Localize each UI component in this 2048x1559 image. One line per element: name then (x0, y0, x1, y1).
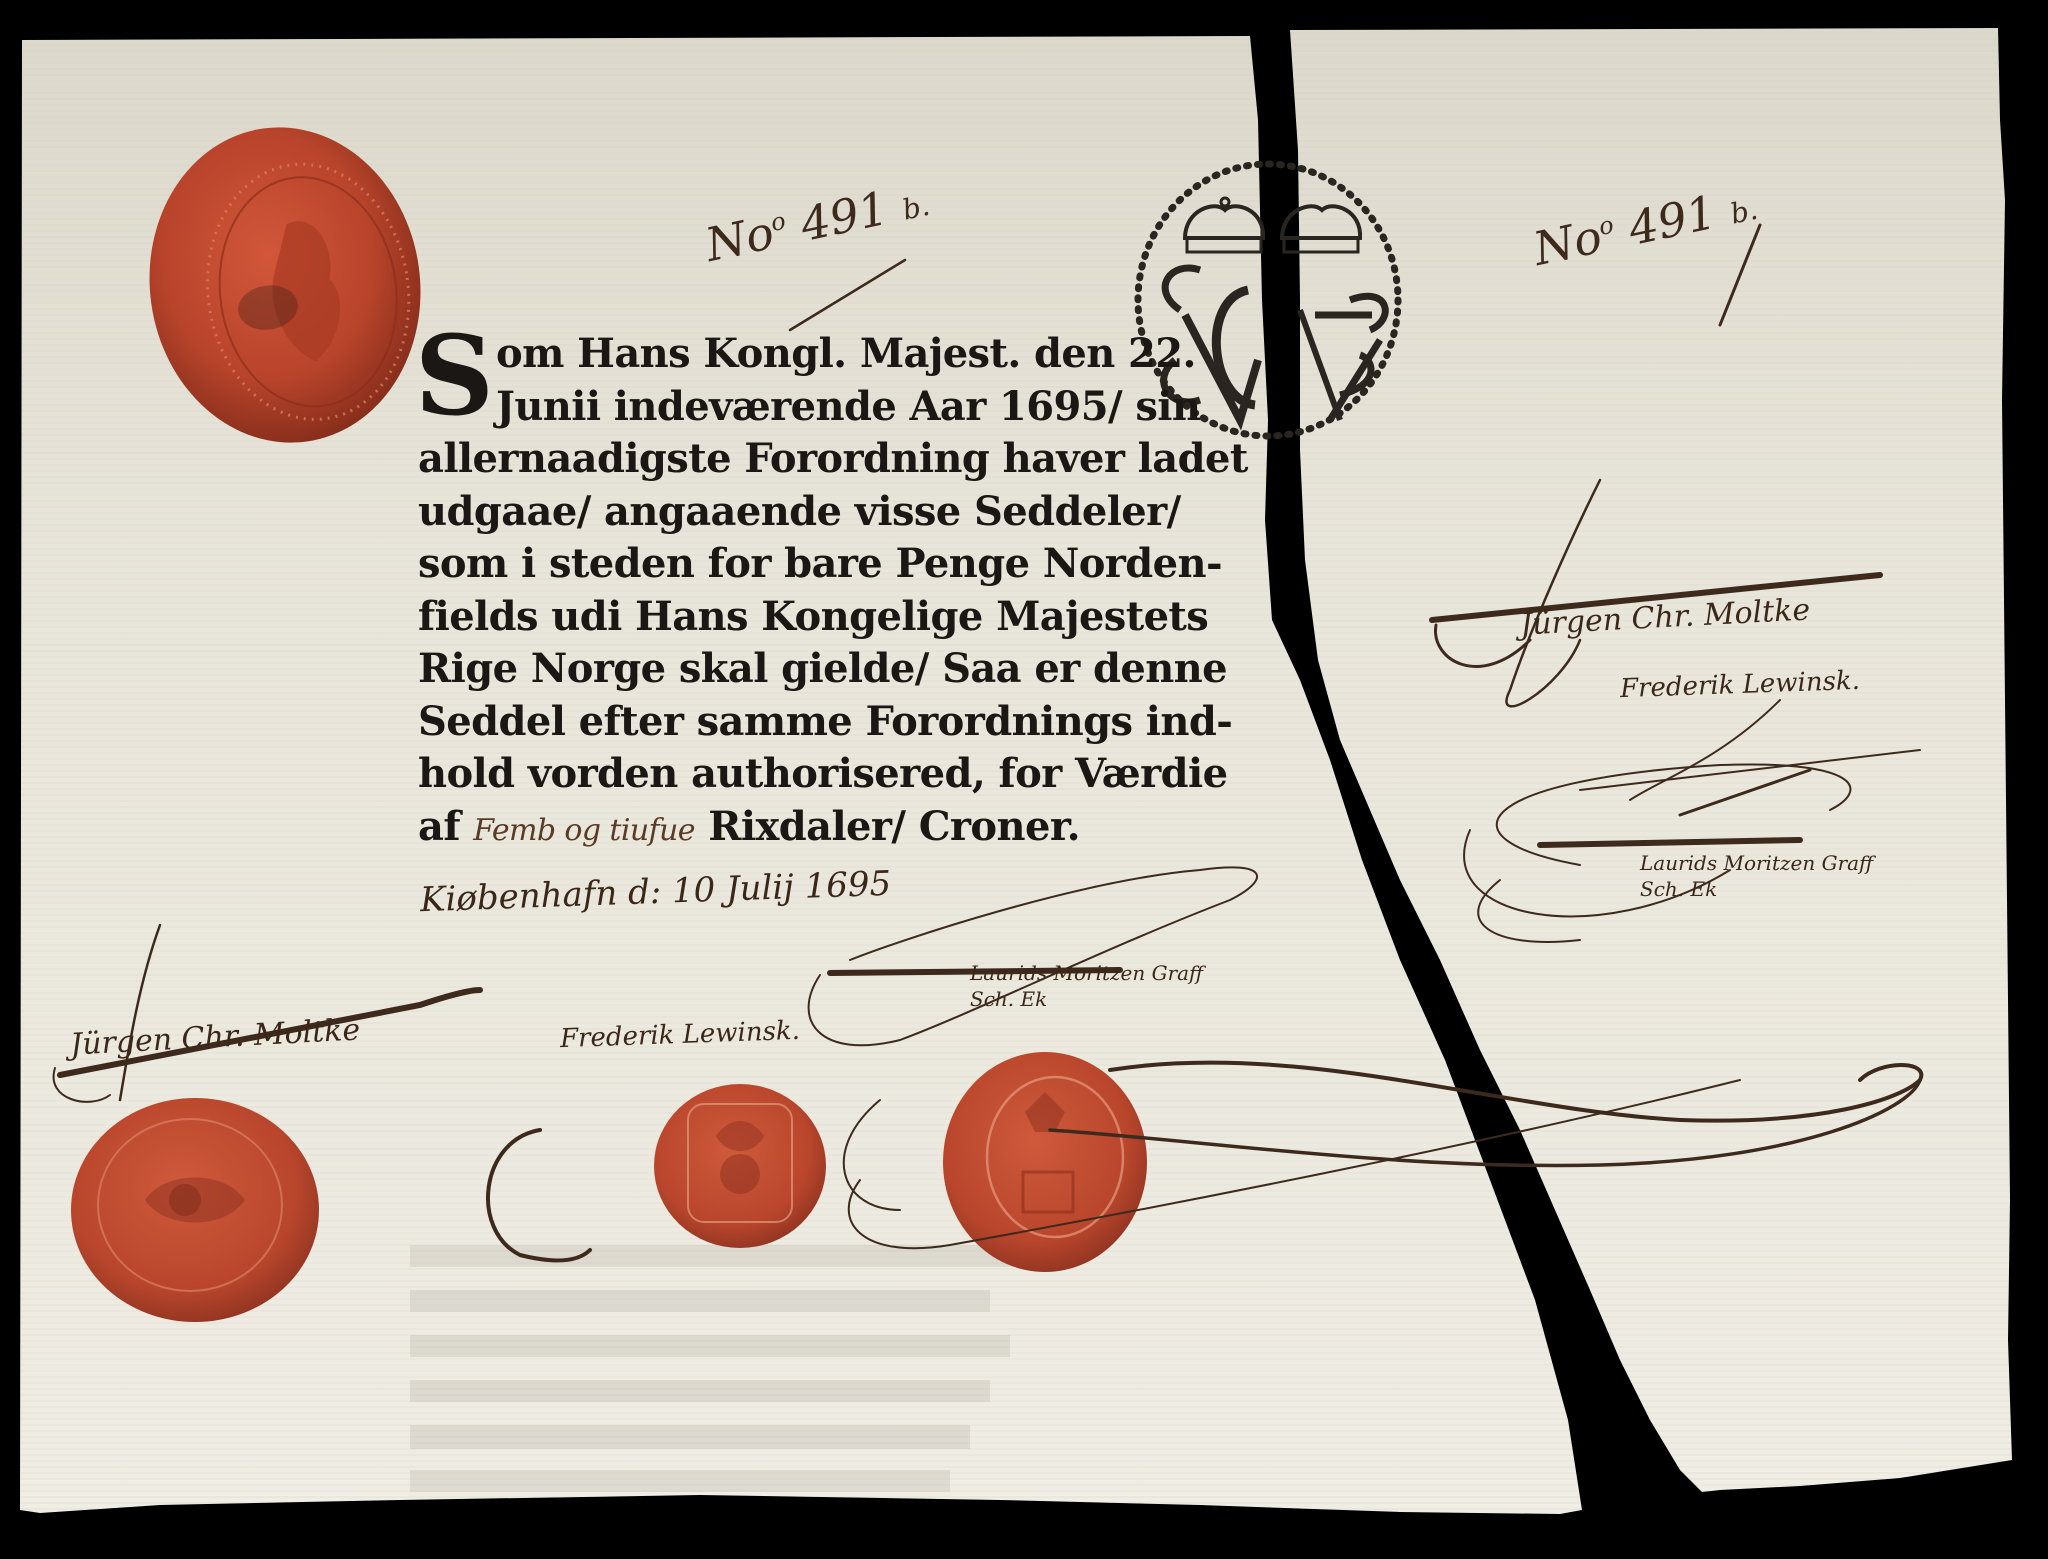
seal-bottom-left-label: Armorial wax seal (195, 1210, 196, 1211)
document-photo: Noo 491 b. Noo 491 b. S om Hans Kongl. M… (0, 0, 2048, 1559)
printed-authorisation-text: S om Hans Kongl. Majest. den 22. Junii i… (418, 328, 1148, 853)
printed-line: Junii indeværende Aar 1695/ sin (418, 381, 1148, 434)
signature-right-3: Laurids Moritzen Graff Sch. Ek (1640, 850, 1880, 902)
seal-top-left-label: Royal portrait wax seal (285, 285, 286, 286)
seal-bottom-right-label: Large armorial wax seal (1045, 1162, 1046, 1163)
signature-left-3: Laurids Moritzen Graff Sch. Ek (970, 960, 1210, 1012)
printed-line: som i steden for bare Penge Norden- (418, 538, 1148, 591)
printed-line: Seddel efter samme Forordnings ind- (418, 696, 1148, 749)
printed-line: hold vorden authorisered, for Værdie (418, 748, 1148, 801)
printed-line: Rige Norge skal gielde/ Saa er denne (418, 643, 1148, 696)
seal-bottom-center-label: Small armorial wax seal (740, 1166, 741, 1167)
amount-prefix: af (418, 803, 460, 850)
printed-line: allernaadigste Forordning haver ladet (418, 433, 1148, 486)
currency-label: Rixdaler/ Croner. (708, 803, 1080, 850)
handwritten-amount: Femb og tiufue (473, 813, 695, 848)
printed-line: fields udi Hans Kongelige Majestets (418, 591, 1148, 644)
ornamental-drop-cap: S (414, 322, 494, 430)
printed-line: om Hans Kongl. Majest. den 22. (418, 328, 1148, 381)
printed-line: udgaae/ angaaende visse Seddeler/ (418, 486, 1148, 539)
printed-line-amount: af Femb og tiufue Rixdaler/ Croner. (418, 801, 1148, 854)
